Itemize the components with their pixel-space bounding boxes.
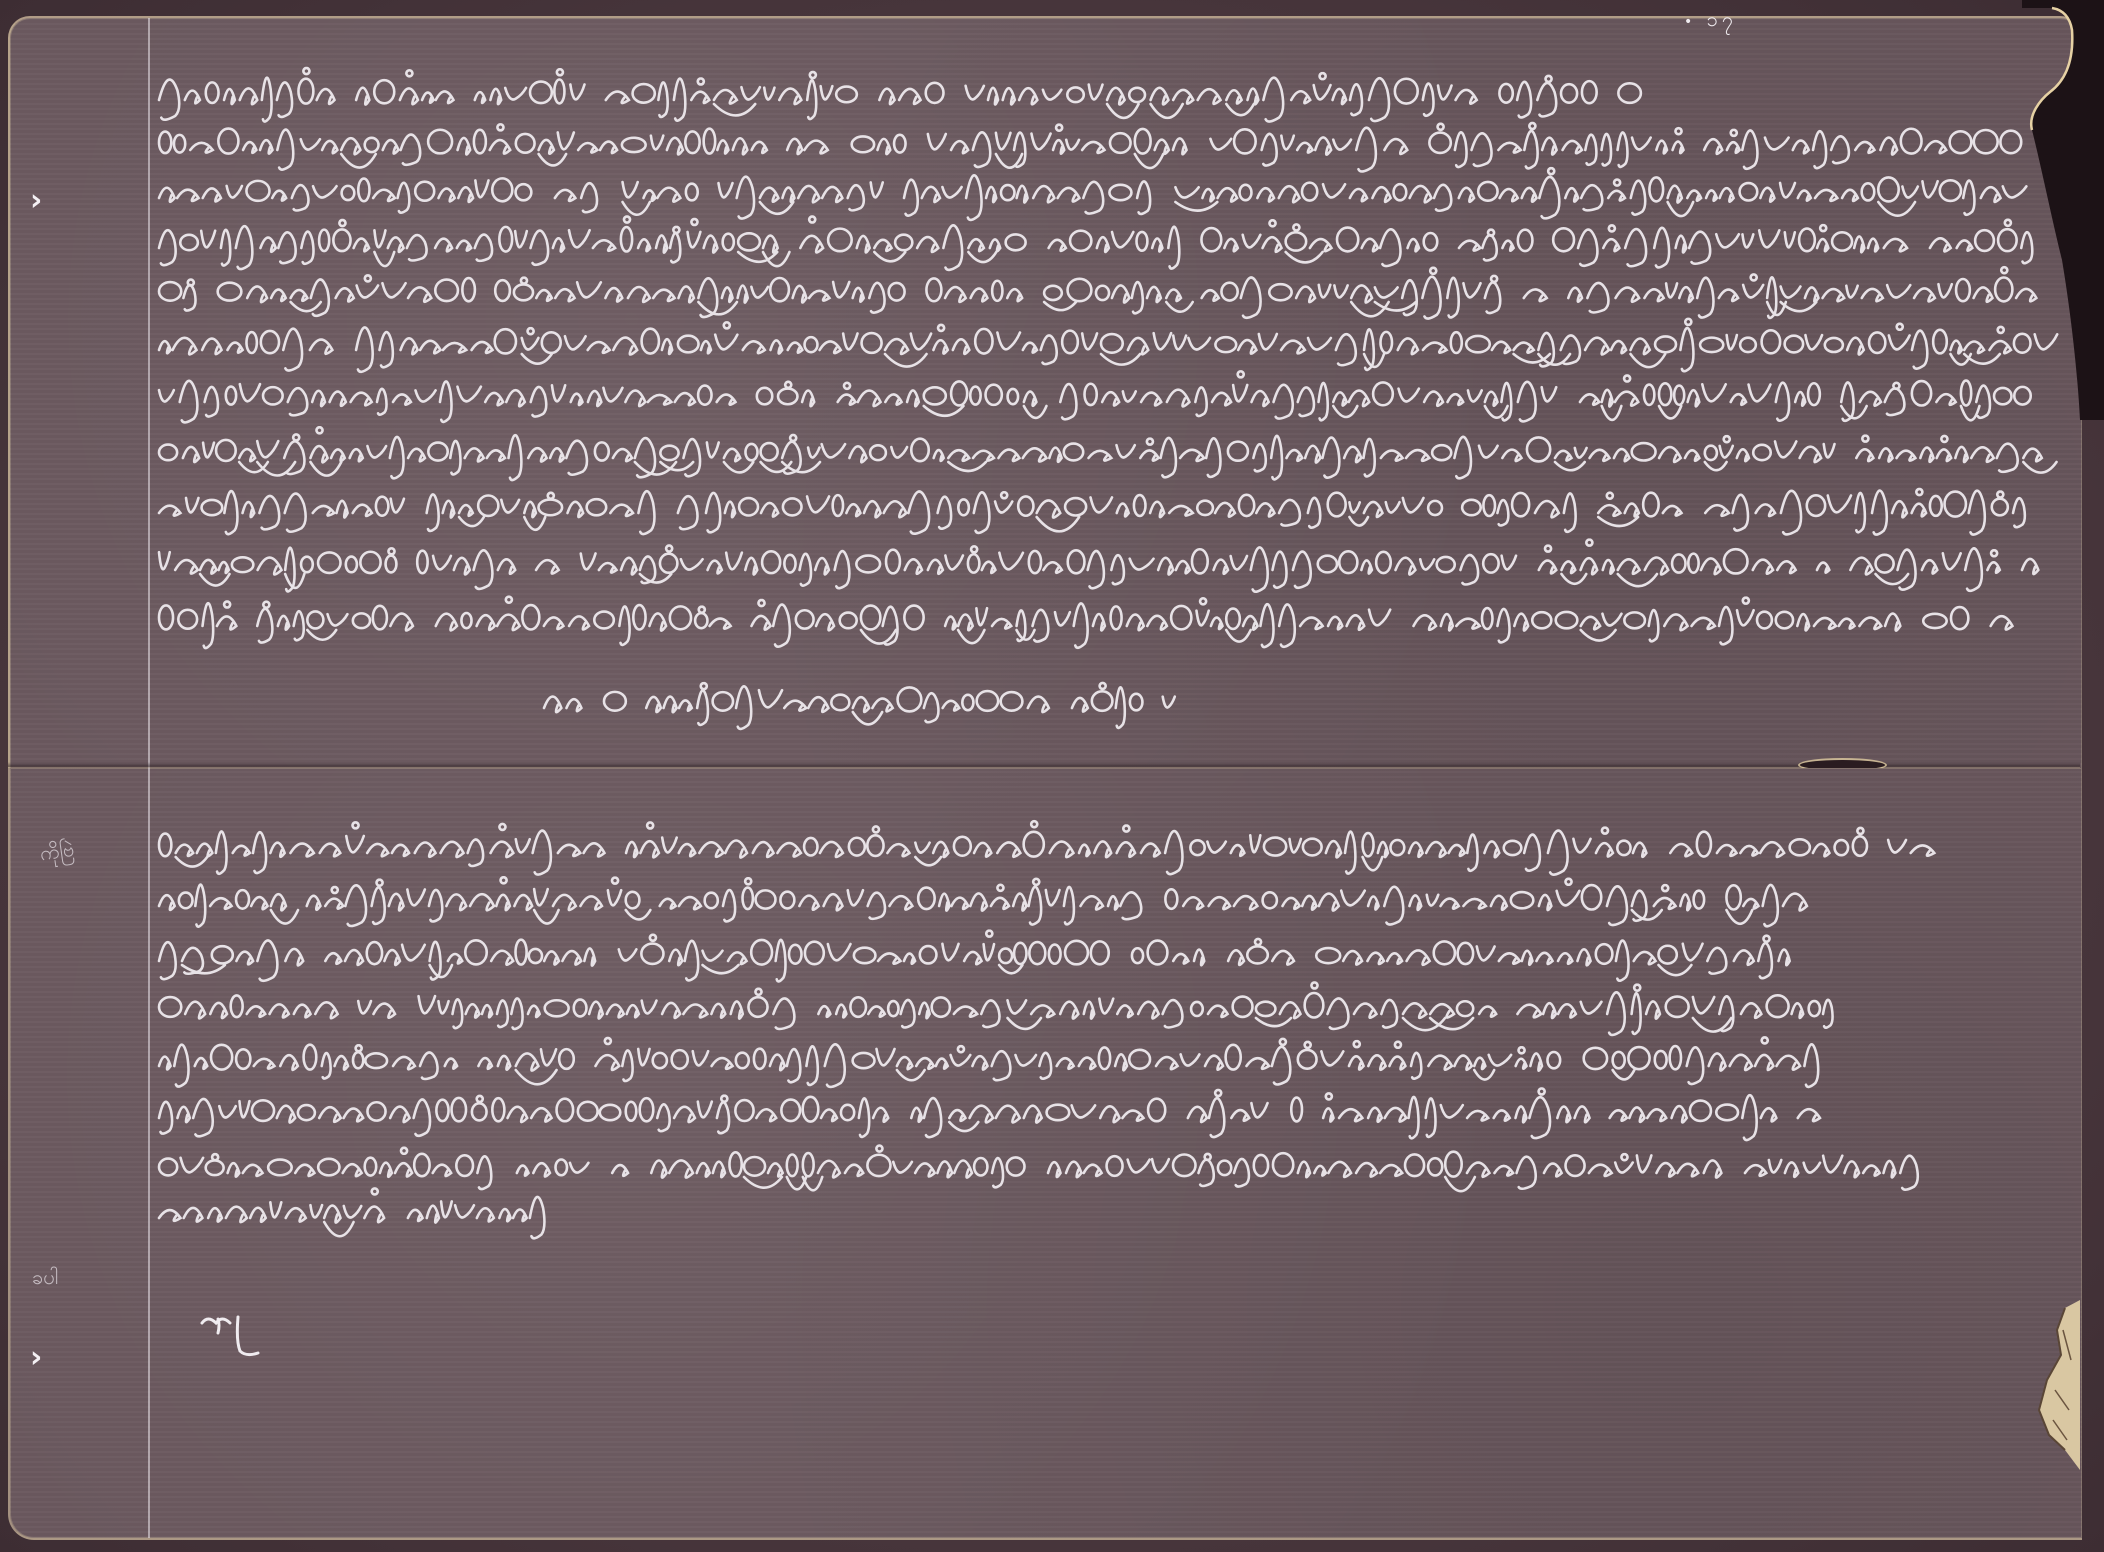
margin-annotation: ခပါ (32, 1264, 58, 1294)
torn-corner (2035, 1300, 2080, 1470)
manuscript-line-text: မူ တ ဂ သီ ပေး မ ပေး ပါ ဂ တ က ကျ ဂ မ ပ ပိ… (155, 274, 2045, 316)
manuscript-line: ကြီ တဲ ပို ဂ ဂ ကြ ဂ ကြာ ဂ ရ ဂ ပ ဝ ပ ဂ ဂ … (155, 596, 2015, 648)
manuscript-line: မော်ကွ ကြို ဟေ သူ ပြ ဥ သ တ ပြ တ မ ပ တ ဖြ… (155, 120, 2035, 172)
closing-mark-icon (198, 1305, 268, 1365)
manuscript-panel-top: › သာယာ ရွှေ ဖူး စိုး မှာ ရ ဝိုင်း ဖြိုး … (8, 16, 2082, 770)
folio-number-text: ၁၇ (1707, 7, 1738, 31)
ruled-margin-line (148, 18, 150, 770)
manuscript-line-text: ဂူ မ ကြ ဂ ဂ ဂ ဂ ဂ ဂ ဂ ကြ ဂ ဂ ဂ ဂ ဂ ဂ မ ဂ… (155, 937, 1795, 979)
manuscript-line: ကာ ကြိ ဦး ဂျ ဗီ ဂ ဂ ဘ ပါ ဒီ ဂ ဂျ ပ ကာ ကြ… (155, 372, 2035, 424)
manuscript-line-text: သာယာ ရွှေ ဖူး စိုး မှာ ရ ဝိုင်း ဖြိုး ကျ… (155, 76, 1645, 118)
manuscript-line: ဂူ မ ကြ ဂ ဂ ဂ ဂ ဂ ဂ ဂ ကြ ဂ ဂ ဂ ဂ ဂ ဂ မ ဂ… (155, 931, 1795, 983)
manuscript-line: ပို ကဲ သ ဂ ဂ တာ ဂ ရ ဝ တ ပ ဂ ပါ ဂ ဂ ရ ဂျ … (155, 428, 2035, 480)
folio-number: • ၁၇ (1684, 6, 1737, 36)
manuscript-line: ဆကာင်း ဂျ ဂ ဂ ဗီ တ ဝ ဘ ဂ ဂျ ဂ ကြ ပ ဂ ဂ က… (155, 540, 2035, 592)
manuscript-line: မူး သို ကြ ပ ဝ ပြ ဖွ က မ ကြ ဂျ ရ တ ပ ကြ … (155, 320, 2045, 372)
manuscript-line-text: တေ သ လ ဂ လ ဂ ဂ ကြ ဂ ဂ ဂ ဂ ဝ ဂ ဂ ဂ ပ ဂ ဂ … (155, 882, 1795, 924)
manuscript-line: သာယာ ရွှေ ဖူး စိုး မှာ ရ ဝိုင်း ဖြိုး ကျ… (155, 70, 1645, 122)
manuscript-line-text: ဆကာင်း ဂျ ဂ ဂ ဗီ တ ဝ ဘ ဂ ဂျ ဂ ကြ ပ ဂ ဂ က… (155, 546, 2035, 588)
manuscript-line: ဂူ ပု ဂ ဂ ဂ ဂ ဂ ဂ ဂ ဂ ဂ ကြ ဂ ဂ ဂ ဂ ဂ ဂ ဂ… (155, 984, 1835, 1036)
manuscript-line-text: မော်ကွ ကြို ဟေ သူ ပြ ဥ သ တ ပြ တ မ ပ တ ဖြ… (155, 126, 2035, 168)
manuscript-line-text: ကာ ကြိ ဦး ဂျ ဗီ ဂ ဂ ဘ ပါ ဒီ ဂ ဂျ ပ ကာ ကြ… (155, 378, 2035, 420)
manuscript-line: ဂူ ပြ ဘ ကျ ပြီ ဂ ဝ ယ ာ ရ တ ဂ တ ဗ တ ယ မ ပ… (155, 218, 2035, 270)
manuscript-line: ဂါ ဂ ကာ ဂါ ဂ ကာ ဂ ကြ ဂ ဂ ဂ ဂ ဂ ဂ ဂ ဂ ဂ ဂ… (155, 1088, 1815, 1140)
manuscript-line-text: က ဖူ ဂ ဂ ဂ ကြ ဂ ဂ ဂ ဂ ဂ ဂ ဂ ဂ ဂ ဂ ဂ ဂ ဂ … (155, 1042, 1835, 1084)
manuscript-line-text: ပို ကဲ သ ဂ ဂ တာ ဂ ရ ဝ တ ပ ဂ ပါ ဂ ဂ ရ ဂျ … (155, 434, 2035, 476)
manuscript-line-text: ဝိ ပ သာ ပ ကထ ဂ အ ပါ ငှ သ ပွဲ ပ တုန် ပြ လ… (155, 174, 2015, 216)
manuscript-line-text: ၊၊ ဆို ဂ ဂျ ကြ ပ ဒီ ပြ ဂ ဂ ကြ ဂ ကျ ဂ ဂ က… (540, 684, 1180, 726)
manuscript-line-text: ဥ ပ ဂ ပြည် ကို ဂျ ဂ ဂ ရ ဂ ဒ ဂ ပို ဂ ဂ ဂ … (155, 489, 2035, 531)
manuscript-line: ဒီ ဂ ဂ ကြ ဂ က ကာ မ ကြ ဂ ။ (155, 1188, 555, 1240)
margin-hole-mark: › (30, 1343, 42, 1373)
manuscript-line: တာ ဝ က ပ ဂူ ဂ ဖ ဂ ရ ဂ ပြ ဂ ပို ဂ ဂ ဂ ဂ က… (155, 823, 1945, 875)
margin-hole-mark: › (30, 186, 42, 216)
manuscript-line: ဥ ပ ဂ ပြည် ကို ဂျ ဂ ဂ ရ ဂ ဒ ဂ ပို ဂ ဂ ဂ … (155, 483, 2035, 535)
ruled-margin-line (148, 768, 150, 1538)
manuscript-line-text: ဒီ ဂ ဂ ကြ ဂ က ကာ မ ကြ ဂ ။ (155, 1194, 555, 1236)
manuscript-line: ဝိ ပ သာ ပ ကထ ဂ အ ပါ ငှ သ ပွဲ ပ တုန် ပြ လ… (155, 168, 2015, 220)
manuscript-line-text: ဂါ ဂ ကာ ဂါ ဂ ကာ ဂ ကြ ဂ ဂ ဂ ဂ ဂ ဂ ဂ ဂ ဂ ဂ… (155, 1094, 1815, 1136)
torn-edge (2022, 0, 2104, 420)
manuscript-line: မူ တ ဂ သီ ပေး မ ပေး ပါ ဂ တ က ကျ ဂ မ ပ ပိ… (155, 268, 2045, 320)
manuscript-line-text: ဂူ ပြ ဘ ကျ ပြီ ဂ ဝ ယ ာ ရ တ ဂ တ ဗ တ ယ မ ပ… (155, 224, 2035, 266)
manuscript-line-text: မူး သို ကြ ပ ဝ ပြ ဖွ က မ ကြ ဂျ ရ တ ပ ကြ … (155, 326, 2045, 368)
manuscript-line-text: ဂျာ ၊ ဂ ဂ သ ဂ ဂ ဂ ဂ ဂ ဂ ဂ ဂ ဂ ဂ ဂ ဂ ဂ ဂ … (155, 1149, 1935, 1191)
manuscript-line: တေ သ လ ဂ လ ဂ ဂ ကြ ဂ ဂ ဂ ဂ ဝ ဂ ဂ ဂ ပ ဂ ဂ … (155, 876, 1795, 928)
manuscript-line-text: ကြီ တဲ ပို ဂ ဂ ကြ ဂ ကြာ ဂ ရ ဂ ပ ဝ ပ ဂ ဂ … (155, 602, 2015, 644)
manuscript-line: က ဖူ ဂ ဂ ဂ ကြ ဂ ဂ ဂ ဂ ဂ ဂ ဂ ဂ ဂ ဂ ဂ ဂ ဂ … (155, 1036, 1835, 1088)
manuscript-line-text: တာ ဝ က ပ ဂူ ဂ ဖ ဂ ရ ဂ ပြ ဂ ပို ဂ ဂ ဂ ဂ က… (155, 829, 1945, 871)
manuscript-line-text: ဂူ ပု ဂ ဂ ဂ ဂ ဂ ဂ ဂ ဂ ဂ ကြ ဂ ဂ ဂ ဂ ဂ ဂ ဂ… (155, 990, 1835, 1032)
margin-annotation: ကိုဗြဲ (38, 836, 76, 870)
manuscript-panel-bottom: ကိုဗြဲ ခပါ › တာ ဝ က ပ ဂူ ဂ ဖ ဂ ရ ဂ ပြ ဂ … (8, 768, 2082, 1540)
manuscript-line: ၊၊ ဆို ဂ ဂျ ကြ ပ ဒီ ပြ ဂ ဂ ကြ ဂ ကျ ဂ ဂ က… (540, 678, 1180, 730)
